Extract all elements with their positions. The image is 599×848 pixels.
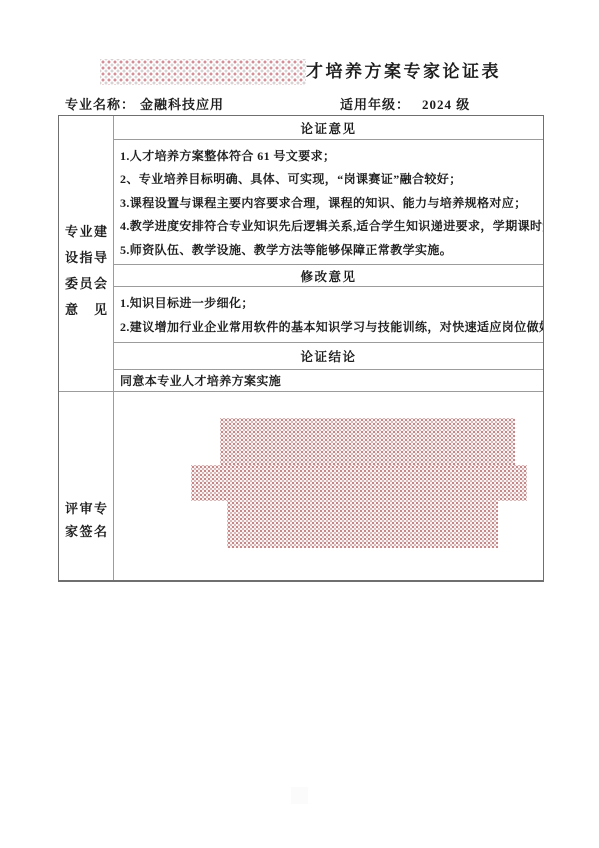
major-name-value: 金融科技应用 <box>140 97 224 112</box>
major-name-field: 专业名称：金融科技应用 <box>65 94 224 113</box>
revision-section-header: 修改意见 <box>114 265 543 287</box>
opinion-item: 4.教学进度安排符合专业知识先后逻辑关系,适合学生知识递进要求，学期课时安排 合… <box>120 217 543 234</box>
opinion-item: 3.课程设置与课程主要内容要求合理，课程的知识、能力与培养规格对应； <box>120 194 543 211</box>
committee-label-line: 委员会 <box>65 271 107 297</box>
redacted-signature-block <box>220 418 515 465</box>
table-right-column: 论证意见 1.人才培养方案整体符合 61 号文要求； 2、专业培养目标明确、具体… <box>114 116 543 580</box>
committee-label-line: 意见 <box>65 297 107 323</box>
expert-signature-row-label: 评审专 家签名 <box>59 392 113 580</box>
redacted-signature-block <box>227 501 498 548</box>
signature-area <box>114 392 543 580</box>
conclusion-section-header: 论证结论 <box>114 343 543 370</box>
redacted-title-prefix-block <box>100 59 306 85</box>
revision-item: 1.知识目标进一步细化； <box>120 294 543 311</box>
document-page: 才培养方案专家论证表 专业名称：金融科技应用 适用年级：2024 级 专业建 设… <box>0 0 599 848</box>
page-title: 才培养方案专家论证表 <box>306 61 501 83</box>
committee-opinion-row-label: 专业建 设指导 委员会 意见 <box>59 116 113 392</box>
committee-label-line: 专业建 <box>65 219 107 245</box>
opinion-item: 2、专业培养目标明确、具体、可实现，“岗课赛证”融合较好； <box>120 170 543 187</box>
review-table: 专业建 设指导 委员会 意见 评审专 家签名 论证意见 1.人才培养方案整体符合… <box>58 115 544 582</box>
revision-item: 2.建议增加行业企业常用软件的基本知识学习与技能训练，对快速适应岗位做好准 备。 <box>120 318 543 335</box>
opinion-item: 5.师资队伍、教学设施、教学方法等能够保障正常教学实施。 <box>120 241 543 258</box>
grade-field: 适用年级：2024 级 <box>340 94 470 113</box>
redacted-signature-block <box>191 465 527 501</box>
opinion-item-list: 1.人才培养方案整体符合 61 号文要求； 2、专业培养目标明确、具体、可实现，… <box>114 140 543 265</box>
signature-label-line: 评审专 <box>65 497 107 520</box>
grade-label: 适用年级： <box>340 97 410 112</box>
opinion-item: 1.人才培养方案整体符合 61 号文要求； <box>120 147 543 164</box>
grade-value: 2024 级 <box>422 97 470 112</box>
signature-label-line: 家签名 <box>65 520 107 543</box>
faint-page-artifact <box>291 787 308 804</box>
opinion-section-header: 论证意见 <box>114 116 543 140</box>
major-name-label: 专业名称： <box>65 97 135 112</box>
revision-item-list: 1.知识目标进一步细化； 2.建议增加行业企业常用软件的基本知识学习与技能训练，… <box>114 287 543 343</box>
table-left-column: 专业建 设指导 委员会 意见 评审专 家签名 <box>59 116 114 580</box>
committee-label-line: 设指导 <box>65 245 107 271</box>
conclusion-text: 同意本专业人才培养方案实施 <box>114 370 543 392</box>
